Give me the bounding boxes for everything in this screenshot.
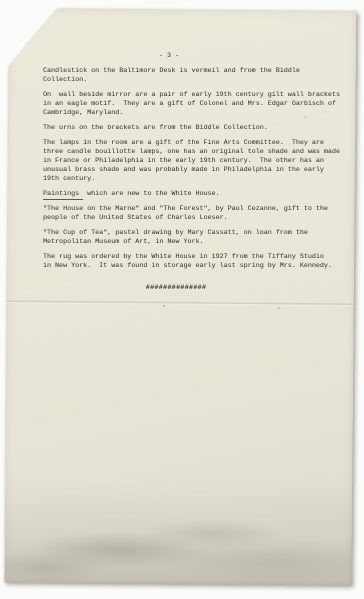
text-line: "The Cup of Tea", pastel drawing by Mary… bbox=[43, 229, 345, 238]
page-number: - 3 - bbox=[43, 52, 345, 61]
paragraph: "The Cup of Tea", pastel drawing by Mary… bbox=[43, 229, 345, 247]
text-line: Metropolitan Museum of Art, in New York. bbox=[43, 238, 345, 247]
bottom-wrinkles bbox=[5, 477, 353, 585]
text-line: Cambridge, Maryland. bbox=[43, 109, 345, 118]
text-line: On wall beside mirror are a pair of earl… bbox=[43, 91, 345, 100]
text-line: The rug was ordered by the White House i… bbox=[43, 253, 345, 262]
document-body: Candlestick on the Baltimore Desk is ver… bbox=[43, 67, 345, 271]
text-line: three candle bouillotte lamps, one has a… bbox=[43, 148, 345, 157]
paragraph: On wall beside mirror are a pair of earl… bbox=[43, 91, 345, 118]
text-line: Candlestick on the Baltimore Desk is ver… bbox=[43, 67, 345, 76]
typewritten-text: - 3 - Candlestick on the Baltimore Desk … bbox=[43, 52, 345, 293]
text-line: The lamps in the room are a gift of the … bbox=[43, 139, 345, 148]
text-line: in New York. It was found in storage ear… bbox=[43, 262, 345, 271]
text-line: in an eagle motif. They are a gift of Co… bbox=[43, 100, 345, 109]
paragraph: "The House on the Marne" and "The Forest… bbox=[43, 205, 345, 223]
underlined-word: Paintings bbox=[43, 190, 83, 200]
paragraph: The rug was ordered by the White House i… bbox=[43, 253, 345, 271]
text-line: unusual brass shade and was probably mad… bbox=[43, 166, 345, 175]
paragraph: The lamps in the room are a gift of the … bbox=[43, 139, 345, 184]
paragraph: Candlestick on the Baltimore Desk is ver… bbox=[43, 67, 345, 85]
scanned-document: - 3 - Candlestick on the Baltimore Desk … bbox=[0, 0, 364, 599]
section-heading: Paintings which are new to the White Hou… bbox=[43, 190, 345, 199]
text-line: in France or Philadelphia in the early 1… bbox=[43, 157, 345, 166]
paragraph: The urns on the brackets are from the Bi… bbox=[43, 124, 345, 133]
heading-rest: which are new to the White House. bbox=[83, 190, 219, 198]
text-line: Collection. bbox=[43, 76, 345, 85]
text-line: 19th century. bbox=[43, 175, 345, 184]
heading-line: Paintings which are new to the White Hou… bbox=[43, 190, 345, 199]
end-of-document-marks: ############## bbox=[43, 284, 345, 293]
text-line: The urns on the brackets are from the Bi… bbox=[43, 124, 345, 133]
paper-specks bbox=[163, 305, 165, 307]
horizontal-fold-crease bbox=[7, 299, 354, 306]
text-line: "The House on the Marne" and "The Forest… bbox=[43, 205, 345, 214]
text-line: people of the United States of Charles L… bbox=[43, 214, 345, 223]
